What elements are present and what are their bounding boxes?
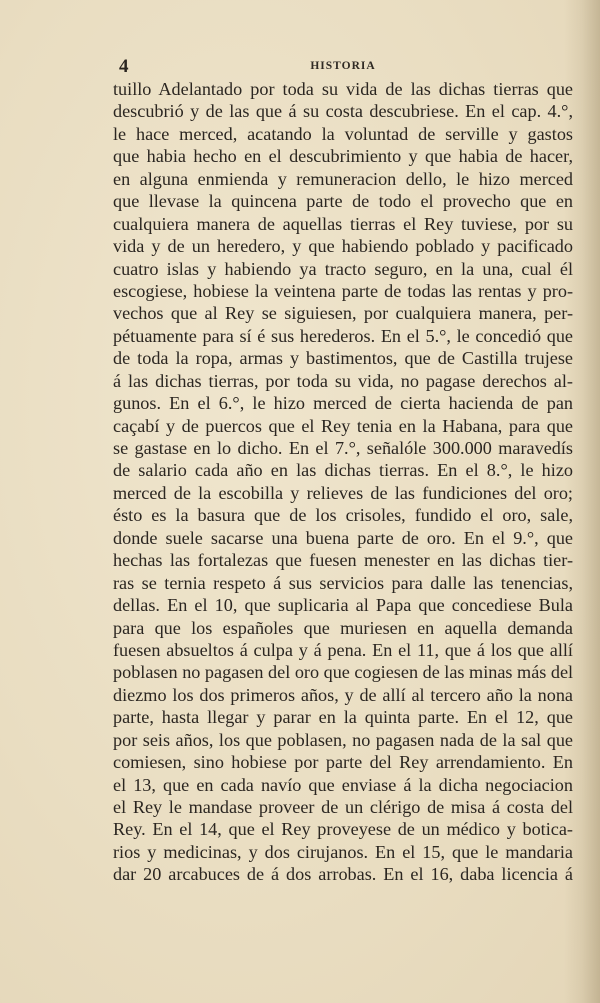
text-line: donde suele sacarse una buena parte de o… <box>113 527 573 549</box>
text-line: ésto es la basura que de los crisoles, f… <box>113 504 573 526</box>
text-line: Rey. En el 14, que el Rey proveyese de u… <box>113 818 573 840</box>
text-line: cuatro islas y habiendo ya tracto seguro… <box>113 258 573 280</box>
text-line: hechas las fortalezas que fuesen meneste… <box>113 549 573 571</box>
body-text: tuillo Adelantado por toda su vida de la… <box>113 78 573 886</box>
text-line: fuesen absueltos á culpa y á pena. En el… <box>113 639 573 661</box>
text-line: tuillo Adelantado por toda su vida de la… <box>113 78 573 100</box>
text-line: se gastase en lo dicho. En el 7.°, señal… <box>113 437 573 459</box>
text-line: caçabí y de puercos que el Rey tenia en … <box>113 415 573 437</box>
text-line: que llevase la quincena parte de todo el… <box>113 190 573 212</box>
text-line: en alguna enmienda y remuneracion dello,… <box>113 168 573 190</box>
text-line: merced de la escobilla y relieves de las… <box>113 482 573 504</box>
text-line: dar 20 arcabuces de á dos arrobas. En el… <box>113 863 573 885</box>
text-line: descubrió y de las que á su costa descub… <box>113 100 573 122</box>
text-line: gunos. En el 6.°, le hizo merced de cier… <box>113 392 573 414</box>
text-line: rios y medicinas, y dos cirujanos. En el… <box>113 841 573 863</box>
text-line: dellas. En el 10, que suplicaria al Papa… <box>113 594 573 616</box>
text-line: para que los españoles que muriesen en a… <box>113 617 573 639</box>
page-header: 4 HISTORIA <box>113 56 573 78</box>
text-line: vida y de un heredero, y que habiendo po… <box>113 235 573 257</box>
text-line: que habia hecho en el descubrimiento y q… <box>113 145 573 167</box>
text-line: diezmo los dos primeros años, y de allí … <box>113 684 573 706</box>
text-line: de salario cada año en las dichas tierra… <box>113 459 573 481</box>
text-line: escogiese, hobiese la veintena parte de … <box>113 280 573 302</box>
text-line: de toda la ropa, armas y bastimentos, qu… <box>113 347 573 369</box>
text-line: comiesen, sino hobiese por parte del Rey… <box>113 751 573 773</box>
text-line: cualquiera manera de aquellas tierras el… <box>113 213 573 235</box>
text-line: le hace merced, acatando la voluntad de … <box>113 123 573 145</box>
book-page: 4 HISTORIA tuillo Adelantado por toda su… <box>0 0 600 1003</box>
text-line: el Rey le mandase proveer de un clérigo … <box>113 796 573 818</box>
text-line: vechos que al Rey se siguiesen, por cual… <box>113 302 573 324</box>
text-line: pétuamente para sí é sus herederos. En e… <box>113 325 573 347</box>
text-line: ras se ternia respeto á sus servicios pa… <box>113 572 573 594</box>
text-line: á las dichas tierras, por toda su vida, … <box>113 370 573 392</box>
text-line: por seis años, los que poblasen, no paga… <box>113 729 573 751</box>
text-line: parte, hasta llegar y parar en la quinta… <box>113 706 573 728</box>
text-line: poblasen no pagasen del oro que cogiesen… <box>113 661 573 683</box>
running-head: HISTORIA <box>113 60 573 72</box>
text-line: el 13, que en cada navío que enviase á l… <box>113 774 573 796</box>
